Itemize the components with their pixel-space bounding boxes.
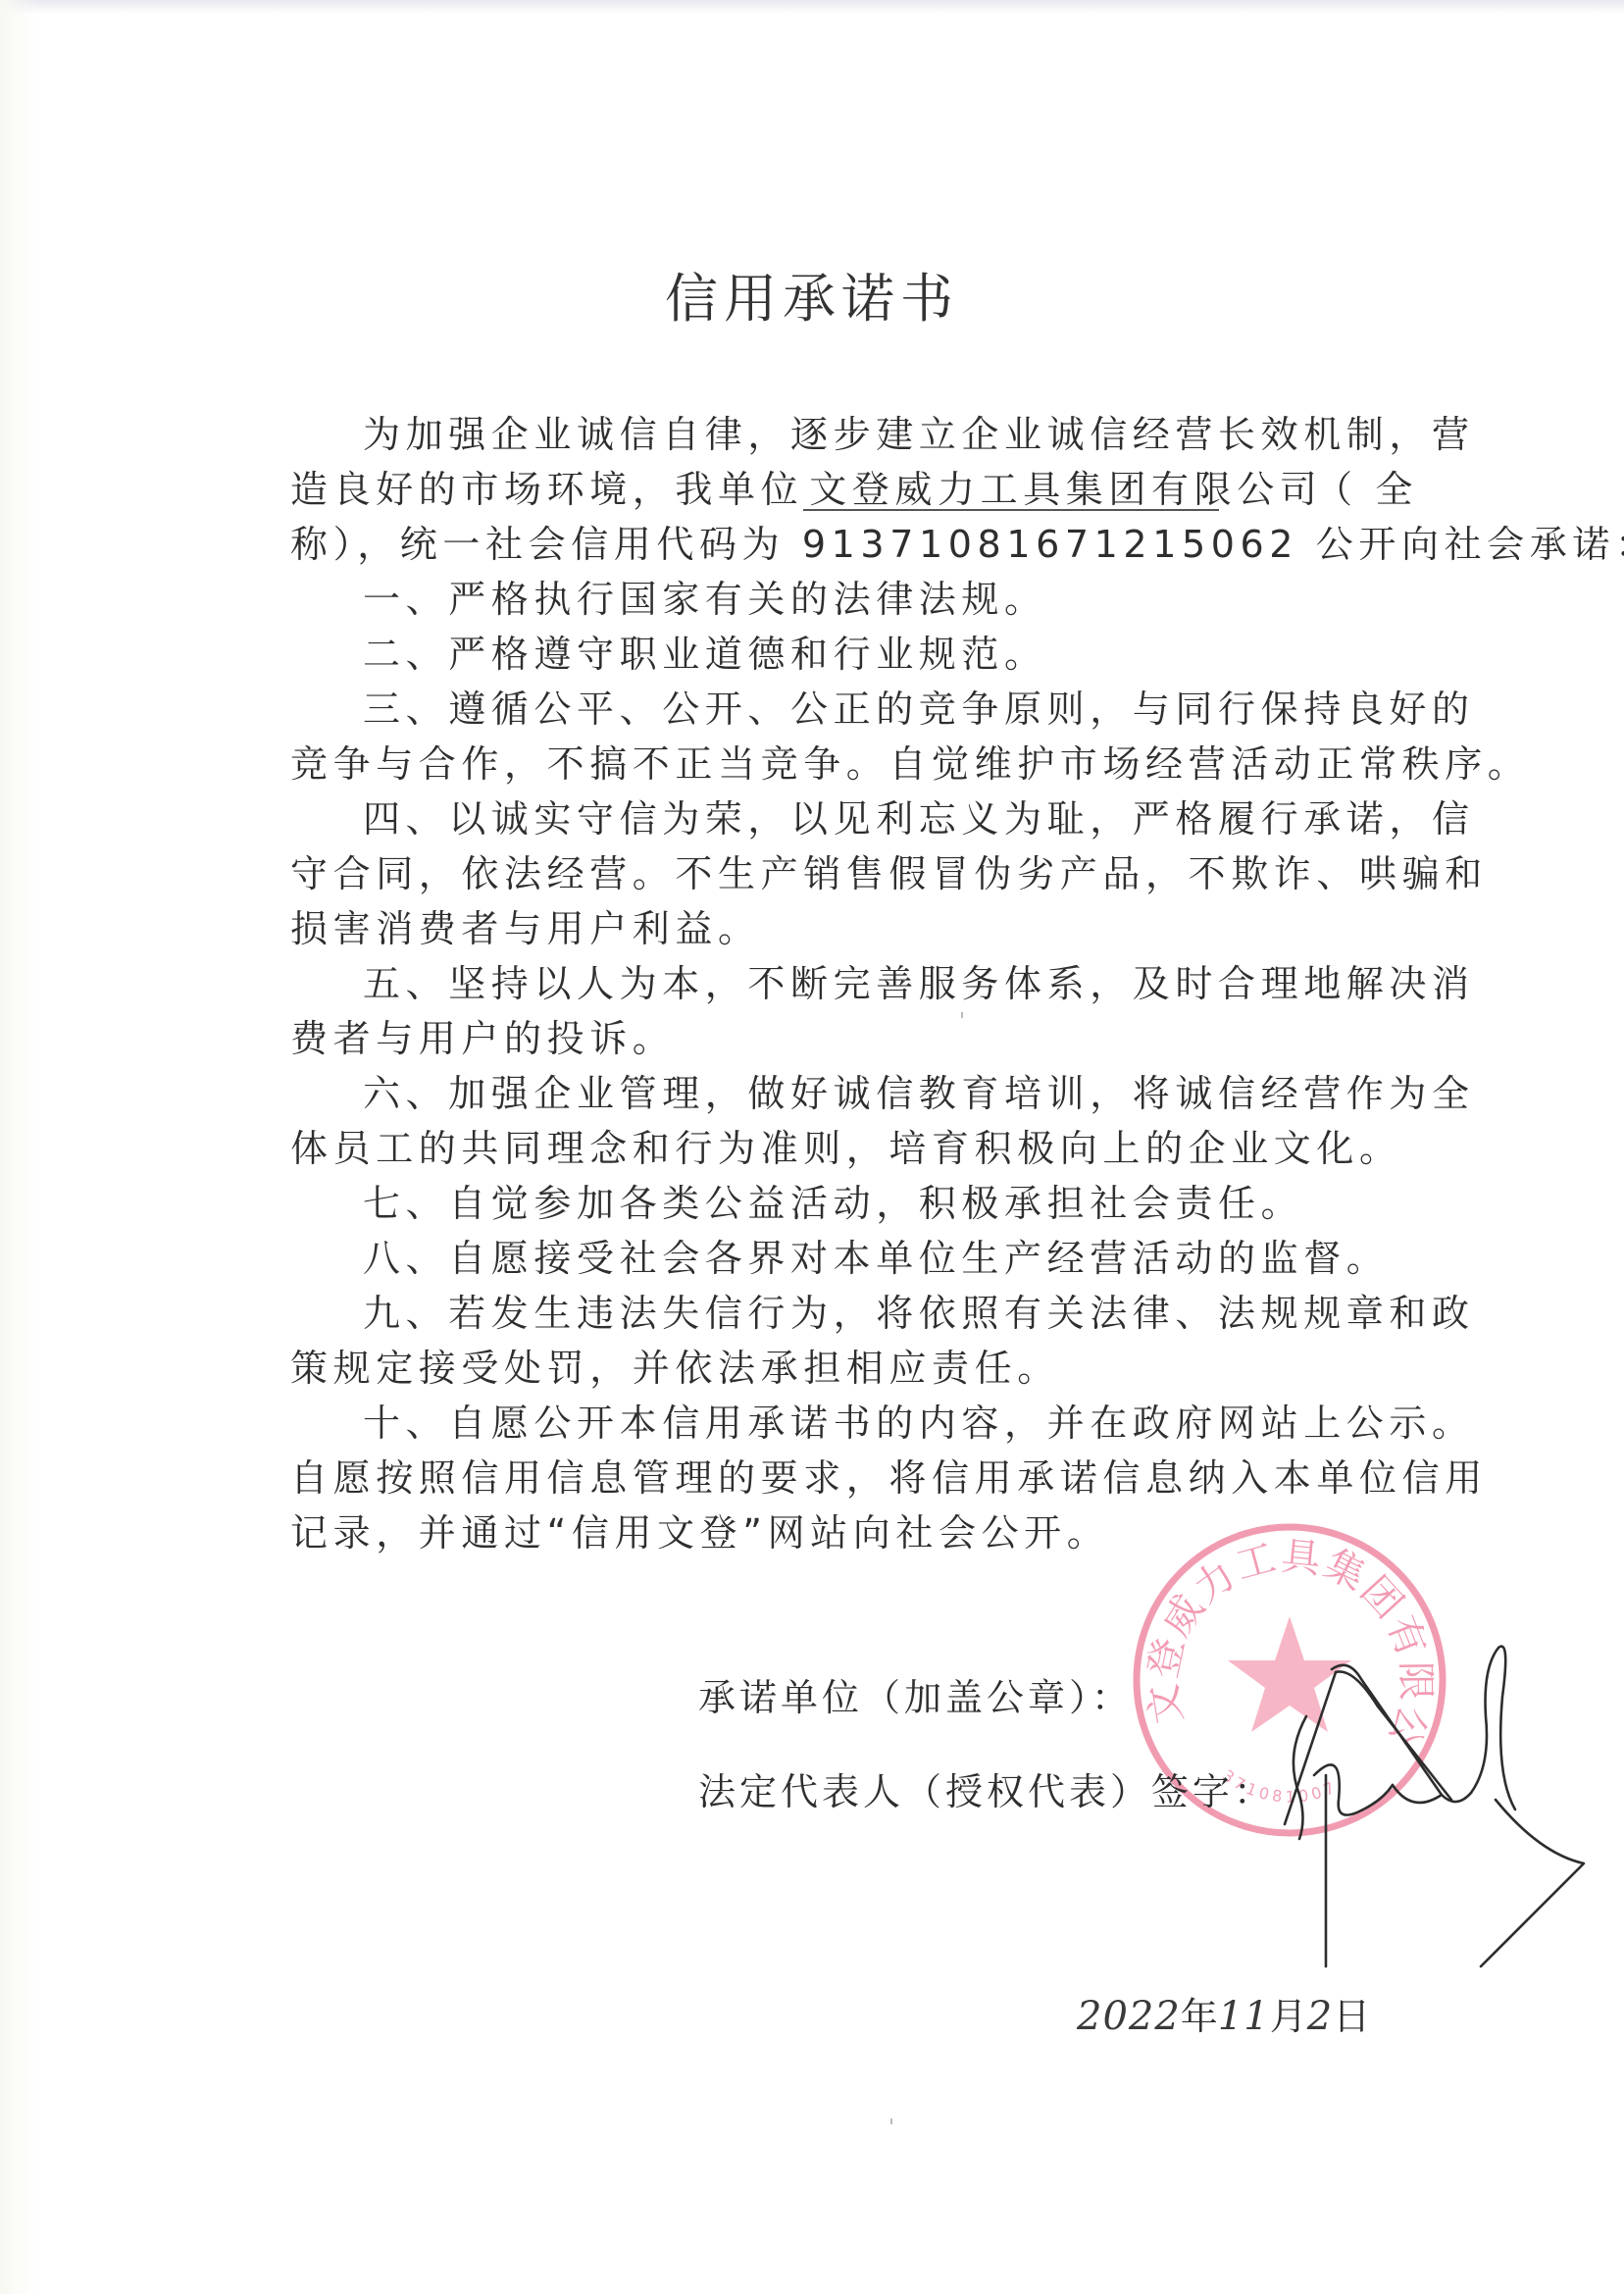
company-name-field: 文登威力工具集团有限公司 (803, 470, 1219, 511)
commitment-9-line-2: 策规定接受处罚，并依法承担相应责任。 (290, 1346, 1418, 1391)
commitment-4-line-2: 守合同，依法经营。不生产销售假冒伪劣产品，不欺诈、哄骗和 (290, 851, 1418, 896)
date-month: 11 (1218, 1994, 1270, 2039)
commitment-7: 七、自觉参加各类公益活动，积极承担社会责任。 (363, 1181, 1418, 1226)
date-month-unit: 月 (1270, 1995, 1307, 2038)
commitment-2: 二、严格遵守职业道德和行业规范。 (363, 632, 1418, 677)
handwritten-signature-icon (1245, 1628, 1599, 1981)
scan-speck (890, 2118, 892, 2124)
commitment-5-line-1: 五、坚持以人为本，不断完善服务体系，及时合理地解决消 (363, 961, 1418, 1006)
commitment-4-line-3: 损害消费者与用户利益。 (290, 906, 1418, 951)
commitment-3-line-2: 竞争与合作，不搞不正当竞争。自觉维护市场经营活动正常秩序。 (290, 741, 1418, 787)
commitment-6-line-1: 六、加强企业管理，做好诚信教育培训，将诚信经营作为全 (363, 1071, 1418, 1116)
date-year: 2022 (1077, 1994, 1181, 2039)
date-year-unit: 年 (1181, 1995, 1218, 2038)
commitment-6-line-2: 体员工的共同理念和行为准则，培育积极向上的企业文化。 (290, 1126, 1418, 1171)
intro-line-2-text: 造良好的市场环境，我单位 (290, 468, 803, 511)
commitment-10-line-3: 记录，并通过“信用文登”网站向社会公开。 (290, 1510, 1418, 1555)
commitment-10-line-1: 十、自愿公开本信用承诺书的内容，并在政府网站上公示。 (363, 1401, 1418, 1446)
commitment-10-line-2: 自愿按照信用信息管理的要求，将信用承诺信息纳入本单位信用 (290, 1455, 1418, 1501)
commitment-3-line-1: 三、遵循公平、公开、公正的竞争原则，与同行保持良好的 (363, 687, 1418, 732)
document-title: 信用承诺书 (0, 257, 1624, 332)
commitment-1: 一、严格执行国家有关的法律法规。 (363, 577, 1418, 622)
intro-line-2: 造良好的市场环境，我单位文登威力工具集团有限公司（ 全 (290, 467, 1418, 512)
commitment-4-line-1: 四、以诚实守信为荣，以见利忘义为耻，严格履行承诺，信 (363, 796, 1418, 841)
commitment-8: 八、自愿接受社会各界对本单位生产经营活动的监督。 (363, 1236, 1418, 1281)
intro-line-2-tail: （ 全 (1315, 467, 1418, 512)
legal-rep-label: 法定代表人（授权代表）签字： (698, 1761, 1275, 1815)
scan-edge-top (0, 0, 1624, 14)
intro-line-1: 为加强企业诚信自律，逐步建立企业诚信经营长效机制，营 (363, 412, 1418, 457)
date-day-unit: 日 (1333, 1995, 1370, 2038)
commitment-5-line-2: 费者与用户的投诉。 (290, 1016, 1418, 1061)
commitment-9-line-1: 九、若发生违法失信行为，将依照有关法律、法规规章和政 (363, 1291, 1418, 1336)
scan-speck (961, 1012, 963, 1018)
intro-line-3: 称），统一社会信用代码为 91371081671215062 公开向社会承诺： (290, 522, 1418, 567)
scan-edge-left (0, 0, 39, 2294)
date-day: 2 (1307, 1994, 1333, 2039)
signing-date: 2022年11月2日 (1077, 1986, 1370, 2040)
commitment-unit-label: 承诺单位（加盖公章）： (698, 1667, 1133, 1721)
